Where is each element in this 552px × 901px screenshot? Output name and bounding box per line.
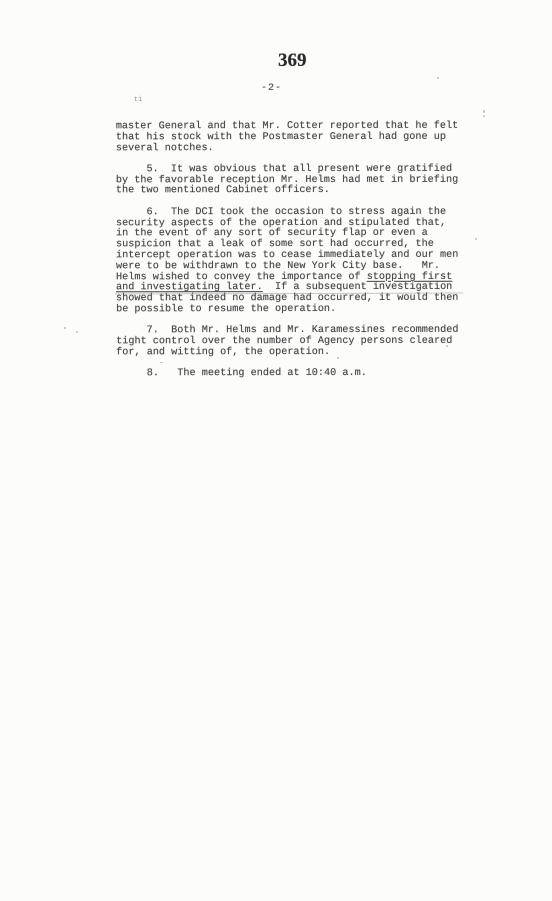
scan-speck xyxy=(76,331,78,333)
scan-speck xyxy=(483,110,485,113)
scan-speck xyxy=(437,77,439,79)
page-number: -2- xyxy=(261,83,282,95)
text-segment: master General and that Mr. Cotter repor… xyxy=(116,121,458,132)
text-segment: 5. It was obvious that all present were … xyxy=(116,164,452,175)
text-segment: 8. The meeting ended at 10:40 a.m. xyxy=(116,368,367,379)
scan-streak xyxy=(115,292,463,294)
scan-speck xyxy=(446,345,448,347)
text-segment: intercept operation was to cease immedia… xyxy=(116,250,458,261)
paragraph: 7. Both Mr. Helms and Mr. Karamessines r… xyxy=(116,326,516,359)
scan-speck xyxy=(483,115,485,117)
paragraph: 8. The meeting ended at 10:40 a.m. xyxy=(116,369,516,380)
scan-speck xyxy=(475,238,477,240)
text-segment: 7. Both Mr. Helms and Mr. Karamessines r… xyxy=(116,325,458,336)
scan-speck xyxy=(64,327,66,329)
underlined-text: stopping first xyxy=(367,271,453,282)
text-line: the two mentioned Cabinet officers. xyxy=(116,186,516,197)
stray-pencil-mark: ti xyxy=(134,97,143,105)
page-stamp-number: 369 xyxy=(278,51,307,71)
document-body: master General and that Mr. Cotter repor… xyxy=(116,122,516,391)
text-segment: suspicion that a leak of some sort had o… xyxy=(116,239,434,250)
paragraph: master General and that Mr. Cotter repor… xyxy=(116,122,516,155)
paragraph: 5. It was obvious that all present were … xyxy=(116,165,516,198)
text-segment: 6. The DCI took the occasion to stress a… xyxy=(116,207,446,218)
text-segment: were to be withdrawn to the New York Cit… xyxy=(116,261,440,272)
text-segment: that his stock with the Postmaster Gener… xyxy=(116,132,446,143)
scan-speck xyxy=(337,357,339,359)
text-line: for, and witting of, the operation. xyxy=(116,348,516,359)
text-line: be possible to resume the operation. xyxy=(116,305,516,316)
underlined-text: and investigating later. xyxy=(116,282,263,293)
scan-speck xyxy=(160,362,163,363)
text-segment: showed that indeed no damage had occurre… xyxy=(116,293,458,304)
text-segment: several notches. xyxy=(116,143,214,154)
text-segment: tight control over the number of Agency … xyxy=(116,336,452,347)
text-segment: the two mentioned Cabinet officers. xyxy=(116,185,330,196)
text-line: 8. The meeting ended at 10:40 a.m. xyxy=(116,369,516,380)
text-line: several notches. xyxy=(116,143,516,154)
scanned-memo-page: 369 -2- ti master General and that Mr. C… xyxy=(0,0,552,901)
paragraph: 6. The DCI took the occasion to stress a… xyxy=(116,208,516,317)
text-segment: be possible to resume the operation. xyxy=(116,304,336,315)
text-segment: for, and witting of, the operation. xyxy=(116,347,330,358)
